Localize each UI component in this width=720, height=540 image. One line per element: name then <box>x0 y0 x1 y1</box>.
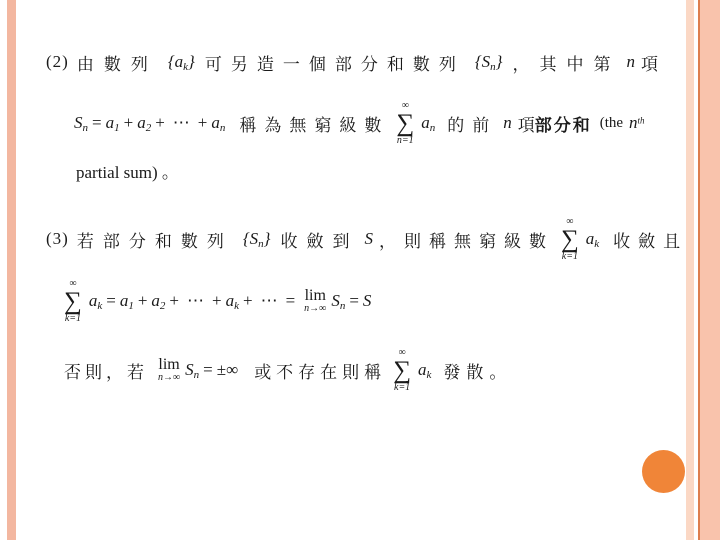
orange-circle-decoration <box>642 450 685 493</box>
math-token: S <box>185 360 194 379</box>
plus-minus-infinity: ±∞ <box>217 360 238 380</box>
item3-line3: 否則，若 lim n→∞ Sn = ±∞ 或不存在則稱 ∞ ∑ k=1 ak 發… <box>64 340 512 400</box>
item2-marker: (2) <box>46 52 69 72</box>
math-token: a <box>137 113 146 132</box>
math-token: a <box>226 291 235 310</box>
item3-text-run1: 若部分和數列 <box>77 227 233 252</box>
item2-text-run1: 由數列 <box>77 50 158 75</box>
plus-sign: + <box>124 113 134 133</box>
math-token: a <box>418 360 427 379</box>
lim-under: n→∞ <box>304 304 326 314</box>
math-token: n <box>629 113 638 132</box>
sigma-glyph: ∑ <box>561 227 579 252</box>
sigma-glyph: ∑ <box>393 358 411 383</box>
lim-word: lim <box>305 288 326 304</box>
sum-term-ak: ak <box>418 360 431 380</box>
math-subscript: k <box>234 300 239 312</box>
math-superscript: th <box>638 116 645 126</box>
equals-sign: = <box>106 291 116 311</box>
cdots: ⋯ <box>173 113 190 133</box>
math-subscript: n <box>194 369 200 381</box>
math-subscript: k <box>594 238 599 250</box>
math-var-Sn: Sn <box>331 291 345 311</box>
math-var-Sn: Sn <box>74 113 88 133</box>
math-token: a <box>106 113 115 132</box>
math-token: a <box>211 113 220 132</box>
item3-line1: (3) 若部分和數列 {Sn} 收斂到 S ，則稱無窮級數 ∞ ∑ k=1 ak… <box>46 212 688 266</box>
math-token: S <box>74 113 83 132</box>
math-var-n: n <box>503 113 512 133</box>
math-subscript: 2 <box>160 300 166 312</box>
item3-line2: ∞ ∑ k=1 ak = a1 + a2 + ⋯ + ak + ⋯ = lim … <box>64 272 371 330</box>
sum-symbol: ∞ ∑ k=1 <box>561 217 579 262</box>
sum-upper-limit: ∞ <box>69 279 76 289</box>
math-subscript: 2 <box>146 122 152 134</box>
plus-sign: + <box>169 291 179 311</box>
math-var-S: S <box>364 229 373 249</box>
plus-sign: + <box>198 113 208 133</box>
math-token: {S <box>475 52 490 71</box>
lim-word: lim <box>158 357 179 373</box>
sum-term-ak: ak <box>586 229 599 249</box>
item2-line2: Sn = a1 + a2 + ⋯ + an 稱為無窮級數 ∞ ∑ n=1 an … <box>74 96 645 150</box>
sum-term-an: an <box>421 113 435 133</box>
lim-under: n→∞ <box>158 373 180 383</box>
math-subscript: k <box>427 369 432 381</box>
item2-text-run5: 稱為無窮級數 <box>239 111 389 136</box>
math-var-a1: a1 <box>120 291 134 311</box>
math-var-an: an <box>211 113 225 133</box>
plus-sign: + <box>138 291 148 311</box>
math-var-ak: ak <box>226 291 239 311</box>
english-open-paren: (the <box>600 115 623 132</box>
math-var-a1: a1 <box>106 113 120 133</box>
sum-upper-limit: ∞ <box>566 217 573 227</box>
sigma-glyph: ∑ <box>64 289 82 314</box>
item3-text-run6: 或不存在則稱 <box>254 358 386 383</box>
sum-lower-limit: k=1 <box>65 314 81 324</box>
nth-term: nth <box>629 113 645 133</box>
math-token: {S <box>243 229 258 248</box>
sigma-glyph: ∑ <box>396 111 414 136</box>
item2-text-run2: 可另造一個部分和數列 <box>205 50 465 75</box>
equals-sign: = <box>349 291 359 311</box>
equals-sign: = <box>92 113 102 133</box>
sum-symbol: ∞ ∑ k=1 <box>393 348 411 393</box>
cdots: ⋯ <box>187 291 204 311</box>
sequence-sn: {Sn} <box>243 229 271 249</box>
item2-line3: partial sum) 。 <box>76 158 179 182</box>
sum-upper-limit: ∞ <box>402 101 409 111</box>
math-var-n: n <box>626 52 635 72</box>
math-var-Sn: Sn <box>185 360 199 380</box>
plus-sign: + <box>212 291 222 311</box>
item3-text-run4: 收斂且 <box>613 227 688 252</box>
sequence-sn: {Sn} <box>475 52 503 72</box>
sum-lower-limit: n=1 <box>397 136 414 146</box>
equals-sign: = <box>286 291 296 311</box>
plus-sign: + <box>243 291 253 311</box>
slide: (2) 由數列 {ak} 可另造一個部分和數列 {Sn} ，其中第 n 項 Sn… <box>0 0 720 540</box>
math-var-a2: a2 <box>151 291 165 311</box>
math-subscript: n <box>430 122 436 134</box>
left-border-stripe <box>7 0 16 540</box>
sum-symbol: ∞ ∑ k=1 <box>64 279 82 324</box>
sum-symbol: ∞ ∑ n=1 <box>396 101 414 146</box>
item3-text-run7: 發散。 <box>443 358 512 383</box>
limit-symbol: lim n→∞ <box>304 288 326 314</box>
cdots: ⋯ <box>261 291 278 311</box>
math-subscript: 1 <box>114 122 120 134</box>
math-token: a <box>151 291 160 310</box>
math-token: } <box>264 229 271 248</box>
item2-bold-label: 部分和 <box>535 111 592 136</box>
right-border-stripe-block <box>700 0 720 540</box>
math-subscript: n <box>340 300 346 312</box>
item3-text-run2: 收斂到 <box>280 227 358 252</box>
math-var-a2: a2 <box>137 113 151 133</box>
item3-text-run3: ，則稱無窮級數 <box>379 227 554 252</box>
item2-text-run4: 項 <box>641 50 658 75</box>
math-subscript: k <box>97 300 102 312</box>
plus-sign: + <box>155 113 165 133</box>
math-subscript: n <box>220 122 226 134</box>
item3-marker: (3) <box>46 229 69 249</box>
math-token: {a <box>168 52 183 71</box>
math-var-S: S <box>363 291 372 311</box>
sum-lower-limit: k=1 <box>562 252 578 262</box>
math-subscript: 1 <box>128 300 134 312</box>
math-subscript: n <box>83 122 89 134</box>
item2-text-run6: 的前 <box>447 111 497 136</box>
english-partial-sum: partial sum) 。 <box>76 158 179 183</box>
math-token: a <box>421 113 430 132</box>
item2-text-run3: ，其中第 <box>512 50 620 75</box>
math-token: S <box>331 291 340 310</box>
math-token: a <box>586 229 595 248</box>
sum-lower-limit: k=1 <box>394 383 410 393</box>
right-border-stripe-light <box>686 0 694 540</box>
math-token: } <box>496 52 503 71</box>
sum-upper-limit: ∞ <box>399 348 406 358</box>
sum-term-ak: ak <box>89 291 102 311</box>
item2-text-run7: 項 <box>518 111 535 136</box>
limit-symbol: lim n→∞ <box>158 357 180 383</box>
equals-sign: = <box>203 360 213 380</box>
math-token: } <box>188 52 195 71</box>
item2-line1: (2) 由數列 {ak} 可另造一個部分和數列 {Sn} ，其中第 n 項 <box>46 48 658 76</box>
sequence-ak: {ak} <box>168 52 195 72</box>
item3-text-run5: 否則，若 <box>64 358 148 383</box>
